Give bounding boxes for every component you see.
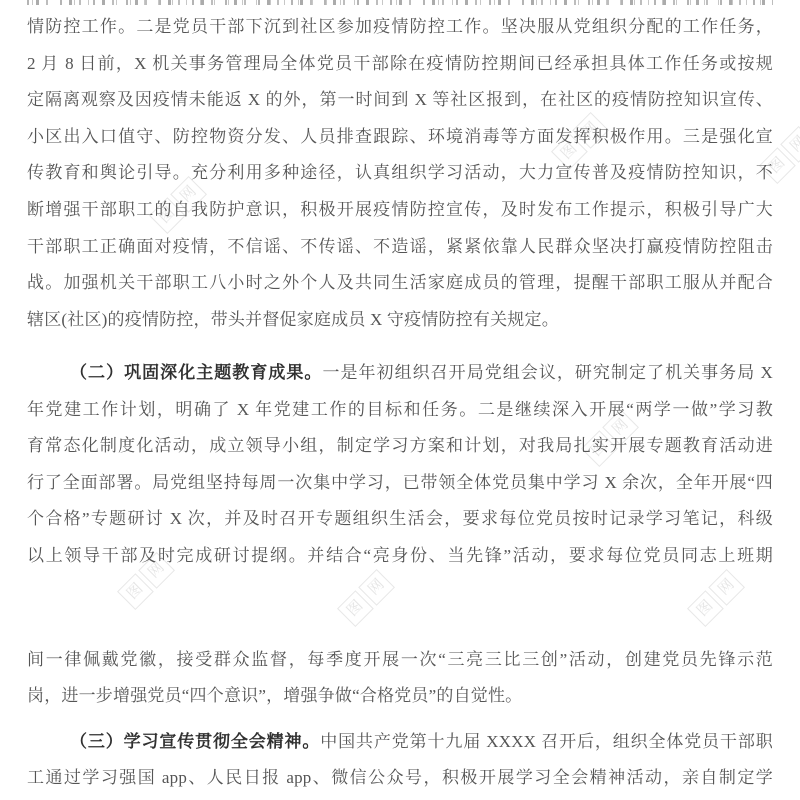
paragraph-plenary-spirit: （三）学习宣传贯彻全会精神。中国共产党第十九届 XXXX 召开后，组织全体党员干… (27, 724, 773, 797)
text-line: 战。加强机关干部职工八小时之外个人及共同生活家庭成员的管理，提醒干部职工服从并配… (27, 265, 773, 302)
text-line: 小区出入口值守、防控物资分发、人员排查跟踪、环境消毒等方面发挥积极作用。三是强化… (27, 119, 773, 156)
paragraph-theme-education: （二）巩固深化主题教育成果。一是年初组织召开局党组会议，研究制定了机关事务局 X… (27, 355, 773, 575)
text-line: （三）学习宣传贯彻全会精神。中国共产党第十九届 XXXX 召开后，组织全体党员干… (27, 724, 773, 761)
section-heading-2: （二）巩固深化主题教育成果。 (70, 363, 322, 382)
document-content: 情防控工作。二是党员干部下沉到社区参加疫情防控工作。坚决服从党组织分配的工作任务… (27, 9, 773, 797)
text-line: 行了全面部署。局党组坚持每周一次集中学习，已带领全体党员集中学习 X 余次，全年… (27, 465, 773, 502)
text-line: 间一律佩戴党徽，接受群众监督，每季度开展一次“三亮三比三创”活动，创建党员先锋示… (27, 642, 773, 679)
document-page: 图 网 图 网 图 网 图 网 图 网 图 网 图 网 (0, 0, 800, 800)
paragraph-gap (27, 338, 773, 355)
section-heading-3: （三）学习宣传贯彻全会精神。 (70, 732, 320, 751)
text-line: 以上领导干部及时完成研讨提纲。并结合“亮身份、当先锋”活动，要求每位党员同志上班… (27, 538, 773, 575)
text-line: 育常态化制度化活动，成立领导小组，制定学习方案和计划，对我局扎实开展专题教育活动… (27, 428, 773, 465)
clipped-text-line-top (27, 0, 773, 5)
text-segment: 一是年初组织召开局党组会议，研究制定了机关事务局 X (322, 363, 773, 382)
text-line: 情防控工作。二是党员干部下沉到社区参加疫情防控工作。坚决服从党组织分配的工作任务… (27, 9, 773, 46)
text-line: 工通过学习强国 app、人民日报 app、微信公众号，积极开展学习全会精神活动，… (27, 760, 773, 797)
text-segment: 中国共产党第十九届 XXXX 召开后，组织全体党员干部职 (320, 732, 773, 751)
paragraph-epidemic-prevention: 情防控工作。二是党员干部下沉到社区参加疫情防控工作。坚决服从党组织分配的工作任务… (27, 9, 773, 338)
watermark-diamond-wang: 网 (780, 126, 800, 163)
text-line: 2 月 8 日前，X 机关事务管理局全体党员干部除在疫情防控期间已经承担具体工作… (27, 46, 773, 83)
text-line: 传教育和舆论引导。充分利用多种途径，认真组织学习活动，大力宣传普及疫情防控知识，… (27, 155, 773, 192)
paragraph-gap (27, 715, 773, 724)
text-line: 年党建工作计划，明确了 X 年党建工作的目标和任务。二是继续深入开展“两学一做”… (27, 392, 773, 429)
text-line: 断增强干部职工的自我防护意识，积极开展疫情防控宣传，及时发布工作提示，积极引导广… (27, 192, 773, 229)
paragraph-theme-education-continued: 间一律佩戴党徽，接受群众监督，每季度开展一次“三亮三比三创”活动，创建党员先锋示… (27, 642, 773, 715)
text-line: 岗，进一步增强党员“四个意识”，增强争做“合格党员”的自觉性。 (27, 678, 773, 715)
text-line: 辖区(社区)的疫情防控，带头并督促家庭成员 X 守疫情防控有关规定。 (27, 302, 773, 339)
text-line: 定隔离观察及因疫情未能返 X 的外，第一时间到 X 等社区报到，在社区的疫情防控… (27, 82, 773, 119)
text-line: 干部职工正确面对疫情，不信谣、不传谣、不造谣，紧紧依靠人民群众坚决打赢疫情防控阻… (27, 229, 773, 266)
text-line: 个合格”专题研讨 X 次，并及时召开专题组织生活会，要求每位党员按时记录学习笔记… (27, 501, 773, 538)
text-line: （二）巩固深化主题教育成果。一是年初组织召开局党组会议，研究制定了机关事务局 X (27, 355, 773, 392)
page-break-gap (27, 575, 773, 642)
